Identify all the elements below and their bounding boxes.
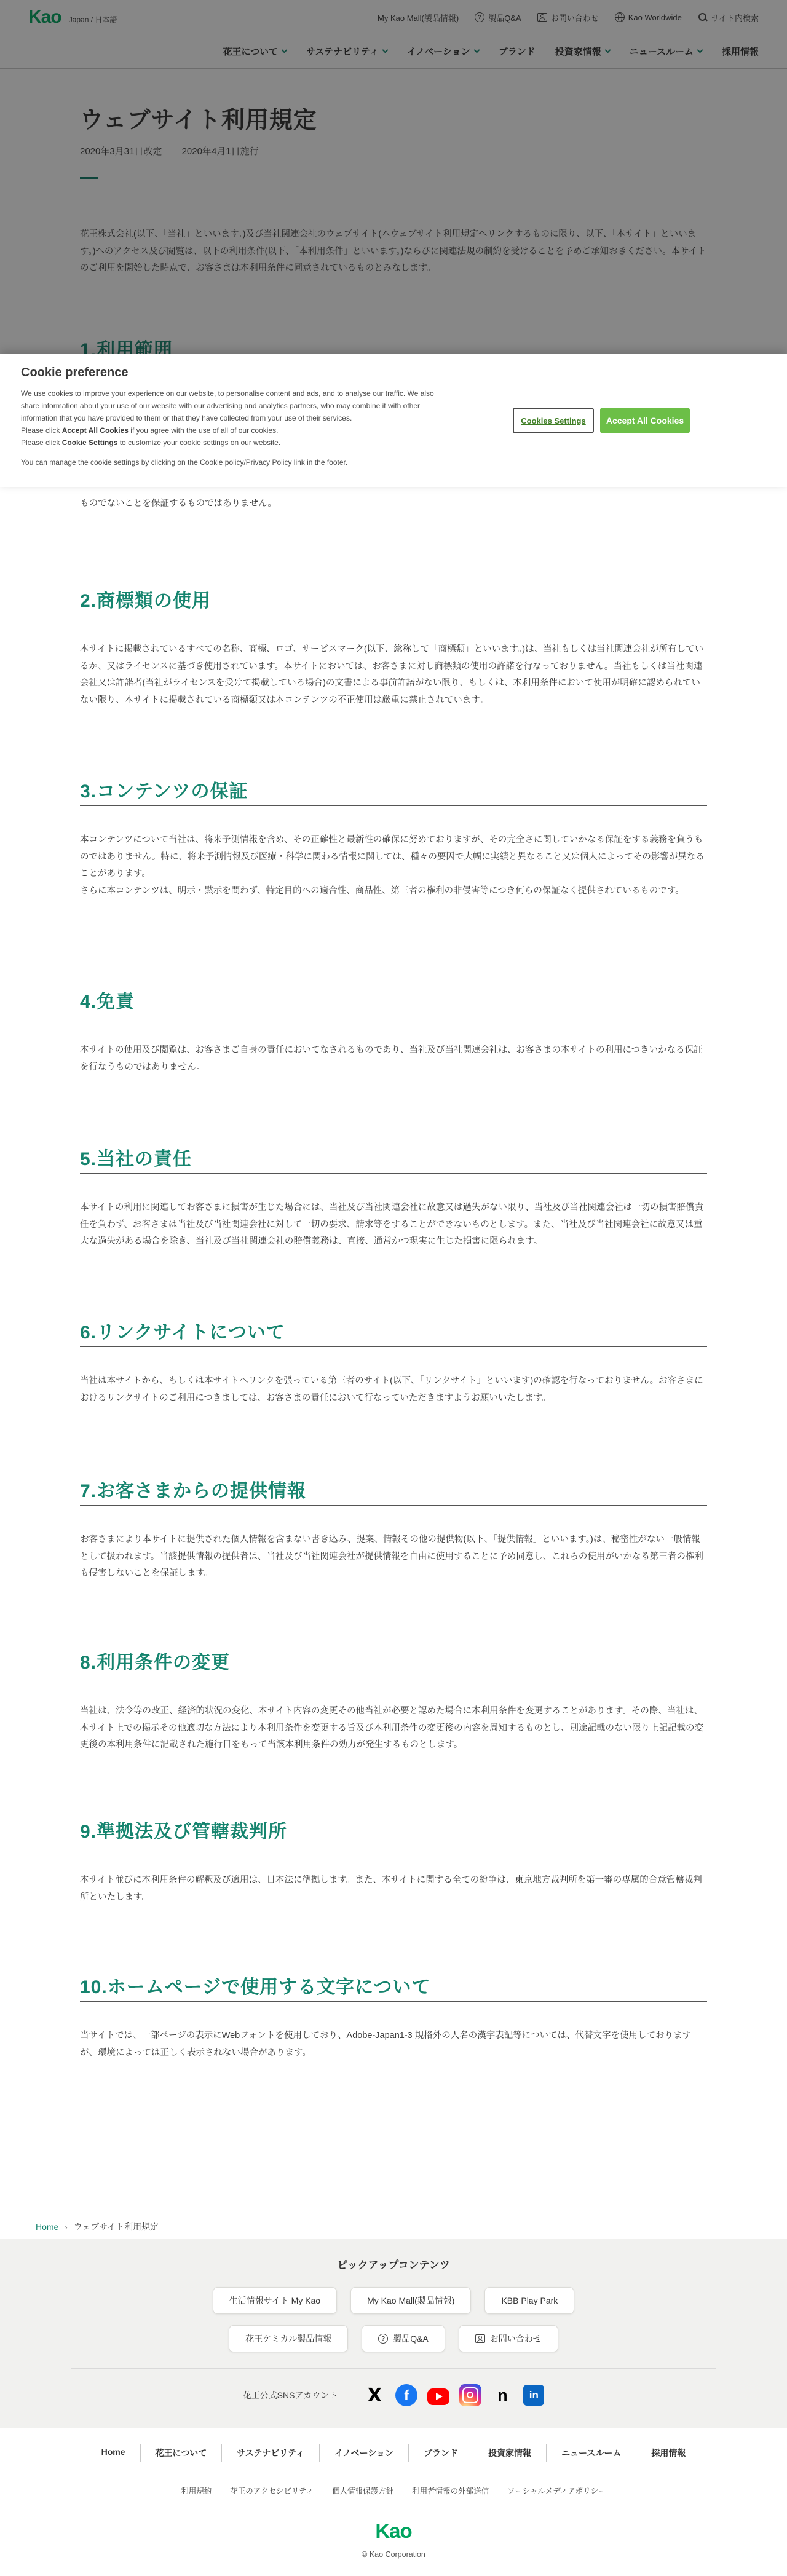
breadcrumb-separator: › bbox=[65, 2222, 67, 2232]
footer-link-accessibility[interactable]: 花王のアクセシビリティ bbox=[230, 2485, 314, 2496]
section-7-paragraph: お客さまにより本サイトに提供された個人情報を含まない書き込み、提案、情報その他の… bbox=[80, 1531, 707, 1582]
pickup-title: ピックアップコンテンツ bbox=[0, 2256, 787, 2272]
section-6-title: 6.リンクサイトについて bbox=[80, 1321, 707, 1345]
footer-links: 利用規約 花王のアクセシビリティ 個人情報保護方針 利用者情報の外部送信 ソーシ… bbox=[0, 2485, 787, 2496]
section-divider bbox=[80, 805, 707, 806]
footer-nav: Home 花王について サステナビリティ イノベーション ブランド 投資家情報 … bbox=[0, 2444, 787, 2462]
breadcrumb-current: ウェブサイト利用規定 bbox=[74, 2221, 159, 2233]
cookie-settings-instruction: Please click Cookie Settings to customiz… bbox=[21, 437, 451, 449]
modal-dim-overlay bbox=[0, 0, 787, 354]
section-3-title: 3.コンテンツの保証 bbox=[80, 780, 707, 804]
section-8-title: 8.利用条件の変更 bbox=[80, 1651, 707, 1675]
section-2-title: 2.商標類の使用 bbox=[80, 589, 707, 614]
footer-nav-newsroom[interactable]: ニュースルーム bbox=[547, 2444, 636, 2462]
section-divider bbox=[80, 1016, 707, 1016]
section-7: 7.お客さまからの提供情報 お客さまにより本サイトに提供された個人情報を含まない… bbox=[80, 1479, 707, 1582]
section-3: 3.コンテンツの保証 本コンテンツについて当社は、将来予測情報を含め、その正確性… bbox=[80, 780, 707, 899]
section-4: 4.免責 本サイトの使用及び閲覧は、お客さまご自身の責任においてなされるものであ… bbox=[80, 990, 707, 1076]
footer-link-privacy-policy[interactable]: 個人情報保護方針 bbox=[332, 2485, 393, 2496]
facebook-icon[interactable] bbox=[395, 2384, 417, 2406]
cookie-banner-title: Cookie preference bbox=[21, 366, 762, 380]
pickup-divider bbox=[71, 2368, 716, 2369]
copyright: © Kao Corporation bbox=[0, 2550, 787, 2559]
pickup-product-qa-button[interactable]: 製品Q&A bbox=[362, 2325, 445, 2352]
pickup-my-kao-button[interactable]: 生活情報サイト My Kao bbox=[213, 2287, 337, 2314]
spacer bbox=[21, 449, 451, 456]
footer-link-terms[interactable]: 利用規約 bbox=[181, 2485, 212, 2496]
pickup-row-1: 生活情報サイト My Kao My Kao Mall(製品情報) KBB Pla… bbox=[0, 2287, 787, 2314]
breadcrumb-home-link[interactable]: Home bbox=[36, 2222, 58, 2232]
accept-all-cookies-button[interactable]: Accept All Cookies bbox=[600, 408, 690, 433]
page: Kao Japan / 日本語 My Kao Mall(製品情報) 製品Q&A … bbox=[0, 0, 787, 2576]
section-8: 8.利用条件の変更 当社は、法令等の改正、経済的状況の変化、本サイト内容の変更そ… bbox=[80, 1651, 707, 1754]
section-divider bbox=[80, 2001, 707, 2002]
section-9-paragraph: 本サイト並びに本利用条件の解釈及び適用は、日本法に準拠します。また、本サイトに関… bbox=[80, 1872, 707, 1906]
footer-link-external-transmission[interactable]: 利用者情報の外部送信 bbox=[412, 2485, 489, 2496]
pickup-my-kao-mall-button[interactable]: My Kao Mall(製品情報) bbox=[350, 2287, 471, 2314]
section-2-paragraph: 本サイトに掲載されているすべての名称、商標、ロゴ、サービスマーク(以下、総称して… bbox=[80, 641, 707, 709]
footer-nav-home[interactable]: Home bbox=[87, 2444, 141, 2462]
section-1-paragraph: ものでないことを保証するものではありません。 bbox=[80, 496, 707, 513]
section-10: 10.ホームページで使用する文字について 当サイトでは、一部ページの表示にWeb… bbox=[80, 1975, 707, 2061]
section-7-title: 7.お客さまからの提供情報 bbox=[80, 1479, 707, 1504]
footer-kao-logo[interactable]: Kao bbox=[0, 2519, 787, 2543]
section-9-title: 9.準拠法及び管轄裁判所 bbox=[80, 1820, 707, 1844]
cookie-footer-note: You can manage the cookie settings by cl… bbox=[21, 456, 451, 468]
section-divider bbox=[80, 1505, 707, 1506]
section-5-paragraph: 本サイトの利用に関連してお客さまに損害が生じた場合には、当社及び当社関連会社に故… bbox=[80, 1199, 707, 1250]
pickup-row-2: 花王ケミカル製品情報 製品Q&A お問い合わせ bbox=[0, 2325, 787, 2352]
pickup-kao-chemical-button[interactable]: 花王ケミカル製品情報 bbox=[229, 2325, 348, 2352]
breadcrumb: Home › ウェブサイト利用規定 bbox=[36, 2221, 159, 2233]
section-6-paragraph: 当社は本サイトから、もしくは本サイトへリンクを張っている第三者のサイト(以下、「… bbox=[80, 1373, 707, 1407]
section-10-title: 10.ホームページで使用する文字について bbox=[80, 1975, 707, 2000]
section-3-paragraph: 本コンテンツについて当社は、将来予測情報を含め、その正確性と最新性の確保に努めて… bbox=[80, 832, 707, 883]
footer-nav-careers[interactable]: 採用情報 bbox=[636, 2444, 700, 2462]
x-twitter-icon[interactable] bbox=[363, 2384, 386, 2406]
sns-label: 花王公式SNSアカウント bbox=[243, 2389, 338, 2401]
footer: Home 花王について サステナビリティ イノベーション ブランド 投資家情報 … bbox=[0, 2428, 787, 2576]
cookies-settings-button[interactable]: Cookies Settings bbox=[513, 408, 594, 433]
section-divider bbox=[80, 1173, 707, 1174]
section-4-paragraph: 本サイトの使用及び閲覧は、お客さまご自身の責任においてなされるものであり、当社及… bbox=[80, 1042, 707, 1076]
section-8-paragraph: 当社は、法令等の改正、経済的状況の変化、本サイト内容の変更その他当社が必要と認め… bbox=[80, 1703, 707, 1754]
section-2: 2.商標類の使用 本サイトに掲載されているすべての名称、商標、ロゴ、サービスマー… bbox=[80, 589, 707, 709]
cookie-body-paragraph: We use cookies to improve your experienc… bbox=[21, 387, 451, 424]
note-icon[interactable] bbox=[491, 2384, 513, 2406]
footer-nav-about-kao[interactable]: 花王について bbox=[141, 2444, 223, 2462]
linkedin-icon[interactable] bbox=[523, 2385, 544, 2406]
section-3-paragraph: さらに本コンテンツは、明示・黙示を問わず、特定目的への適合性、商品性、第三者の権… bbox=[80, 883, 707, 900]
section-divider bbox=[80, 1346, 707, 1347]
section-divider bbox=[80, 1846, 707, 1846]
section-divider bbox=[80, 615, 707, 615]
section-5-title: 5.当社の責任 bbox=[80, 1147, 707, 1172]
section-divider bbox=[80, 1677, 707, 1677]
section-4-title: 4.免責 bbox=[80, 990, 707, 1014]
question-circle-icon bbox=[378, 2334, 388, 2344]
section-5: 5.当社の責任 本サイトの利用に関連してお客さまに損害が生じた場合には、当社及び… bbox=[80, 1147, 707, 1250]
footer-nav-sustainability[interactable]: サステナビリティ bbox=[222, 2444, 320, 2462]
footer-nav-innovation[interactable]: イノベーション bbox=[320, 2444, 409, 2462]
cookie-accept-instruction: Please click Accept All Cookies if you a… bbox=[21, 424, 451, 437]
footer-nav-investor-relations[interactable]: 投資家情報 bbox=[473, 2444, 547, 2462]
footer-nav-brand[interactable]: ブランド bbox=[409, 2444, 473, 2462]
pickup-kbb-play-park-button[interactable]: KBB Play Park bbox=[484, 2287, 574, 2314]
cookie-banner-body: We use cookies to improve your experienc… bbox=[21, 387, 451, 468]
section-6: 6.リンクサイトについて 当社は本サイトから、もしくは本サイトへリンクを張ってい… bbox=[80, 1321, 707, 1407]
cookie-consent-banner: Cookie preference We use cookies to impr… bbox=[0, 354, 787, 487]
contact-card-icon bbox=[475, 2334, 485, 2343]
pickup-contact-button[interactable]: お問い合わせ bbox=[459, 2325, 558, 2352]
footer-link-social-media-policy[interactable]: ソーシャルメディアポリシー bbox=[507, 2485, 606, 2496]
section-10-paragraph: 当サイトでは、一部ページの表示にWebフォントを使用しており、Adobe-Jap… bbox=[80, 2028, 707, 2061]
pickup-content-band: ピックアップコンテンツ 生活情報サイト My Kao My Kao Mall(製… bbox=[0, 2239, 787, 2428]
section-9: 9.準拠法及び管轄裁判所 本サイト並びに本利用条件の解釈及び適用は、日本法に準拠… bbox=[80, 1820, 707, 1906]
instagram-icon[interactable] bbox=[459, 2384, 481, 2406]
youtube-icon[interactable] bbox=[427, 2388, 449, 2405]
sns-row: 花王公式SNSアカウント bbox=[0, 2384, 787, 2406]
